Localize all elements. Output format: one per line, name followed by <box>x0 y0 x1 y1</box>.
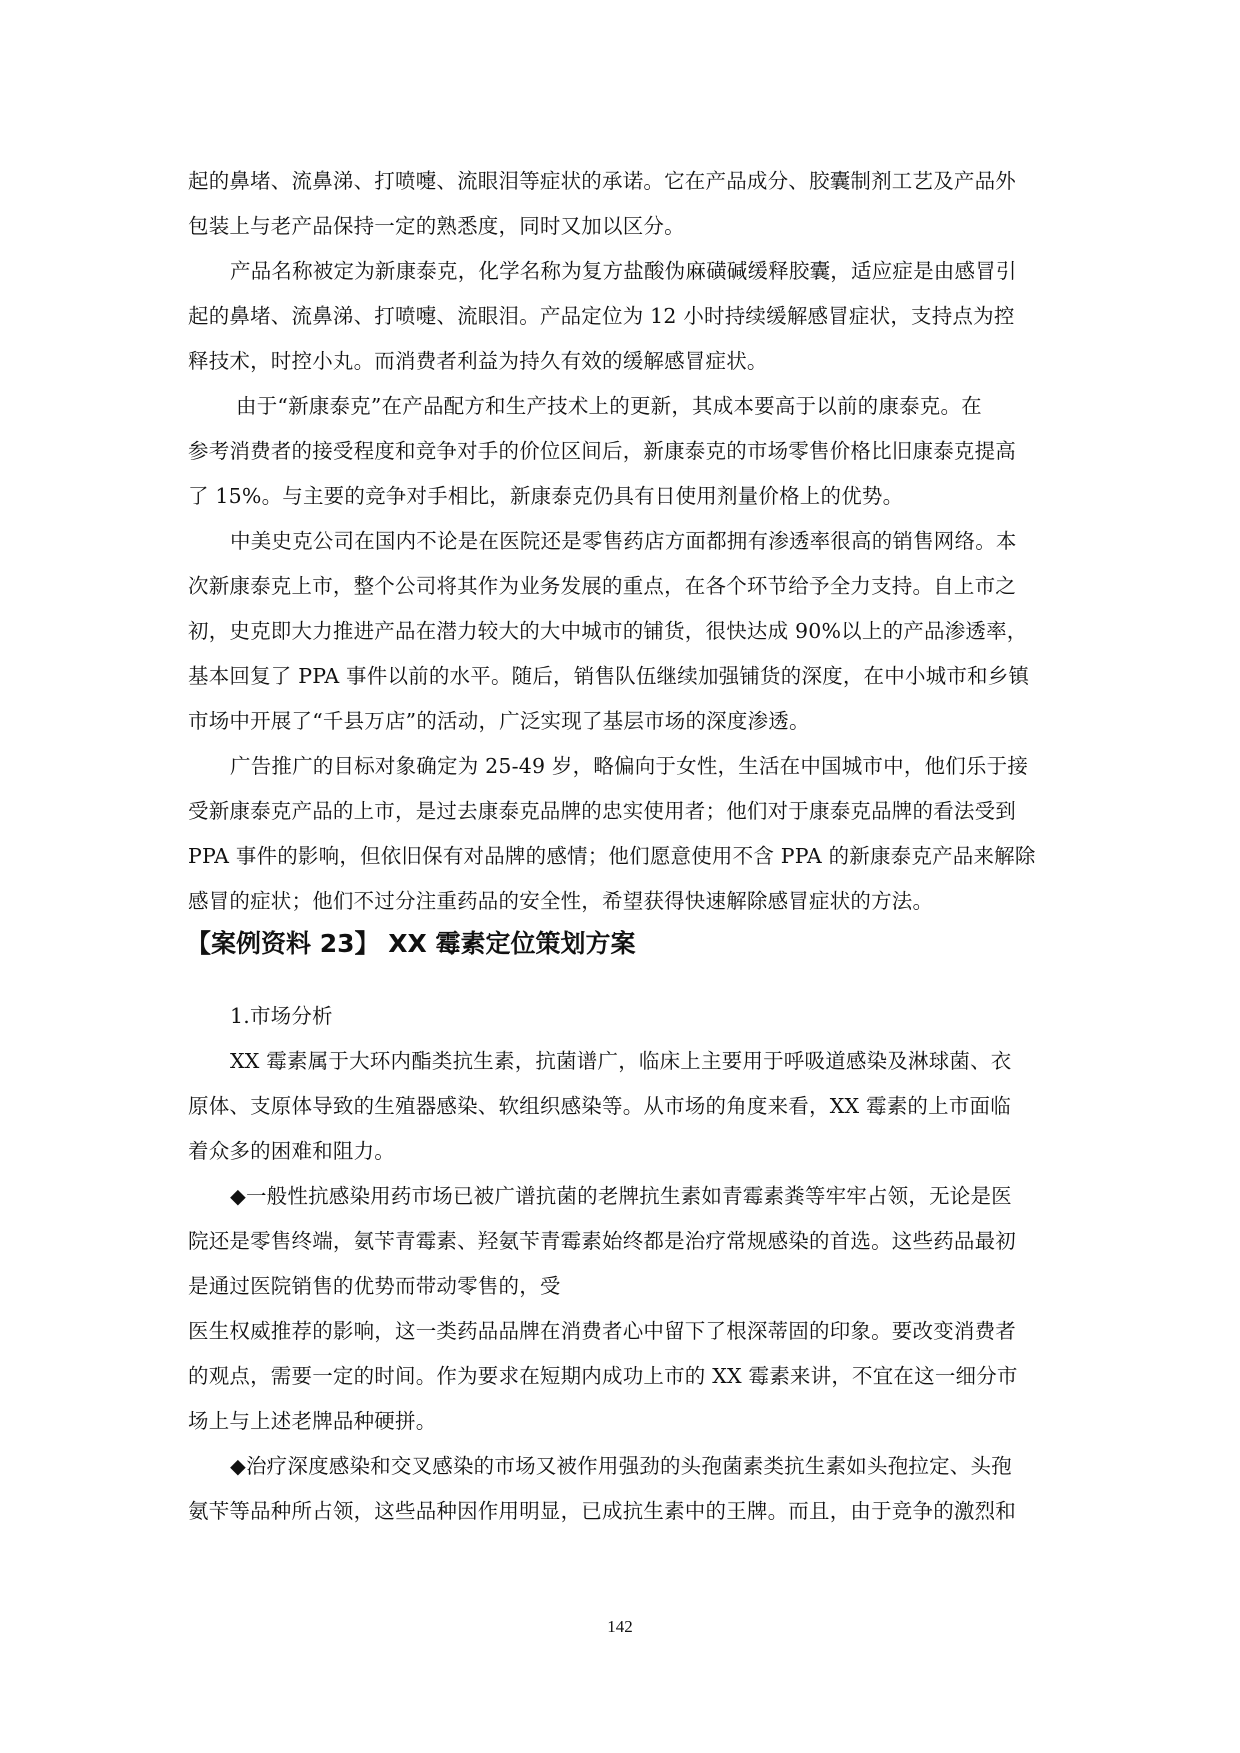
paragraph-line: 着众多的困难和阻力。 <box>188 1129 1048 1174</box>
subsection-heading: 1.市场分析 <box>188 994 1048 1039</box>
document-page: 起的鼻堵、流鼻涕、打喷嚏、流眼泪等症状的承诺。它在产品成分、胶囊制剂工艺及产品外… <box>0 0 1240 1753</box>
paragraph-line: 释技术，时控小丸。而消费者利益为持久有效的缓解感冒症状。 <box>188 339 1048 384</box>
paragraph-line: 受新康泰克产品的上市，是过去康泰克品牌的忠实使用者；他们对于康泰克品牌的看法受到 <box>188 789 1048 834</box>
paragraph-line: 包装上与老产品保持一定的熟悉度，同时又加以区分。 <box>188 204 1048 249</box>
paragraph-line: 中美史克公司在国内不论是在医院还是零售药店方面都拥有渗透率很高的销售网络。本 <box>188 519 1048 564</box>
paragraph-line: 由于“新康泰克”在产品配方和生产技术上的更新，其成本要高于以前的康泰克。在 <box>188 384 1048 429</box>
paragraph-line: 场上与上述老牌品种硬拼。 <box>188 1399 1048 1444</box>
paragraph-line: 起的鼻堵、流鼻涕、打喷嚏、流眼泪等症状的承诺。它在产品成分、胶囊制剂工艺及产品外 <box>188 159 1048 204</box>
paragraph-line: 起的鼻堵、流鼻涕、打喷嚏、流眼泪。产品定位为 12 小时持续缓解感冒症状，支持点… <box>188 294 1048 339</box>
paragraph-line: 医生权威推荐的影响，这一类药品品牌在消费者心中留下了根深蒂固的印象。要改变消费者 <box>188 1309 1048 1354</box>
paragraph-line: 次新康泰克上市，整个公司将其作为业务发展的重点，在各个环节给予全力支持。自上市之 <box>188 564 1048 609</box>
spacer <box>188 968 1048 994</box>
paragraph-line: 院还是零售终端，氨苄青霉素、羟氨苄青霉素始终都是治疗常规感染的首选。这些药品最初 <box>188 1219 1048 1264</box>
paragraph-line: 基本回复了 PPA 事件以前的水平。随后，销售队伍继续加强铺货的深度，在中小城市… <box>188 654 1048 699</box>
section-heading: 【案例资料 23】 XX 霉素定位策划方案 <box>186 920 1048 968</box>
paragraph-line: 感冒的症状；他们不过分注重药品的安全性，希望获得快速解除感冒症状的方法。 <box>188 879 1048 924</box>
paragraph-line: 产品名称被定为新康泰克，化学名称为复方盐酸伪麻磺碱缓释胶囊，适应症是由感冒引 <box>188 249 1048 294</box>
paragraph-line: 参考消费者的接受程度和竞争对手的价位区间后，新康泰克的市场零售价格比旧康泰克提高 <box>188 429 1048 474</box>
paragraph-line: 了 15%。与主要的竞争对手相比，新康泰克仍具有日使用剂量价格上的优势。 <box>188 474 1048 519</box>
paragraph-line: 初，史克即大力推进产品在潜力较大的大中城市的铺货，很快达成 90%以上的产品渗透… <box>188 609 1048 654</box>
paragraph-line: 原体、支原体导致的生殖器感染、软组织感染等。从市场的角度来看，XX 霉素的上市面… <box>188 1084 1048 1129</box>
paragraph-line: 广告推广的目标对象确定为 25-49 岁，略偏向于女性，生活在中国城市中，他们乐… <box>188 744 1048 789</box>
paragraph-line: 的观点，需要一定的时间。作为要求在短期内成功上市的 XX 霉素来讲，不宜在这一细… <box>188 1354 1048 1399</box>
paragraph-line: 市场中开展了“千县万店”的活动，广泛实现了基层市场的深度渗透。 <box>188 699 1048 744</box>
paragraph-line: 氨苄等品种所占领，这些品种因作用明显，已成抗生素中的王牌。而且，由于竞争的激烈和 <box>188 1489 1048 1534</box>
page-number: 142 <box>0 1617 1240 1637</box>
paragraph-line: XX 霉素属于大环内酯类抗生素，抗菌谱广，临床上主要用于呼吸道感染及淋球菌、衣 <box>188 1039 1048 1084</box>
paragraph-line: 是通过医院销售的优势而带动零售的，受 <box>188 1264 1048 1309</box>
page-content: 起的鼻堵、流鼻涕、打喷嚏、流眼泪等症状的承诺。它在产品成分、胶囊制剂工艺及产品外… <box>188 159 1048 1534</box>
paragraph-line: PPA 事件的影响，但依旧保有对品牌的感情；他们愿意使用不含 PPA 的新康泰克… <box>188 834 1048 879</box>
bullet-paragraph-line: ◆一般性抗感染用药市场已被广谱抗菌的老牌抗生素如青霉素粪等牢牢占领，无论是医 <box>188 1174 1048 1219</box>
bullet-paragraph-line: ◆治疗深度感染和交叉感染的市场又被作用强劲的头孢菌素类抗生素如头孢拉定、头孢 <box>188 1444 1048 1489</box>
